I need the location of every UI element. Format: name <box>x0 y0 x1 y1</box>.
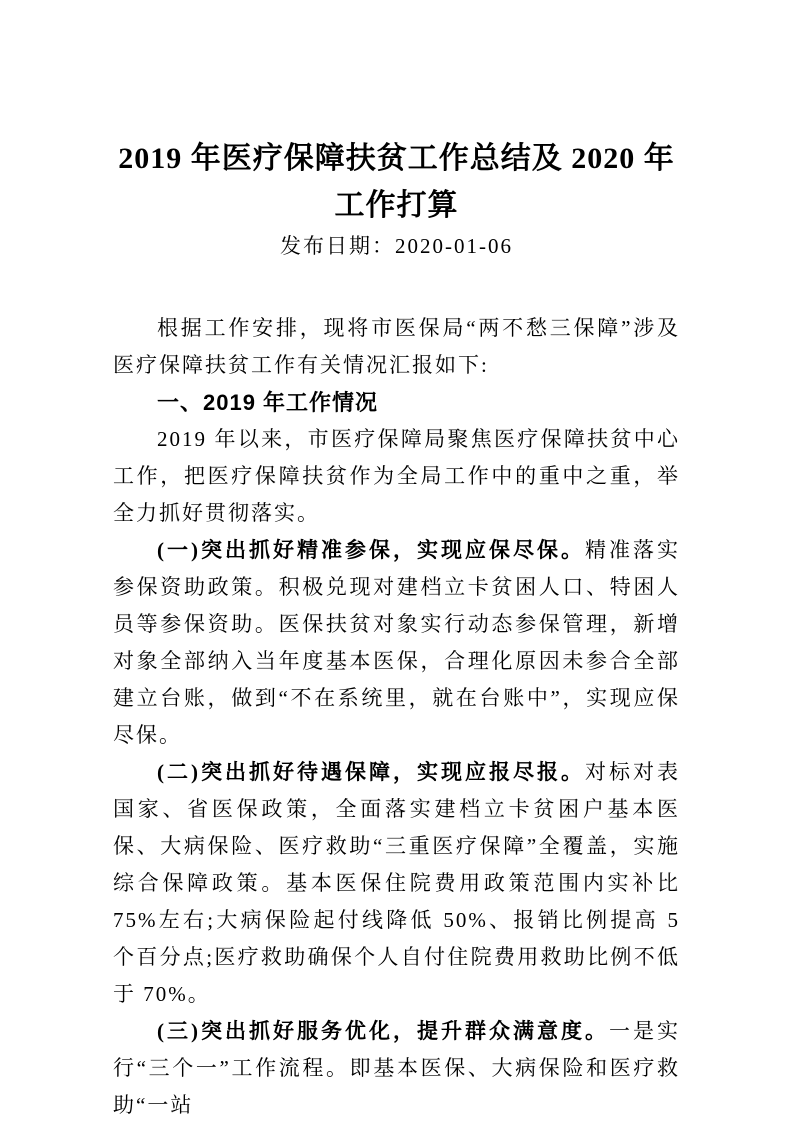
item-2-paragraph: (二)突出抓好待遇保障，实现应报尽报。对标对表国家、省医保政策，全面落实建档立卡… <box>113 754 680 1013</box>
document-page: 2019 年医疗保障扶贫工作总结及 2020 年工作打算 发布日期：2020-0… <box>0 0 793 1122</box>
item-1-lead: (一)突出抓好精准参保，实现应保尽保。 <box>157 538 585 562</box>
item-2-text: 对标对表国家、省医保政策，全面落实建档立卡贫困户基本医保、大病保险、医疗救助“三… <box>113 760 680 1006</box>
document-body: 根据工作安排，现将市医保局“两不愁三保障”涉及医疗保障扶贫工作有关情况汇报如下:… <box>113 310 680 1122</box>
item-1-paragraph: (一)突出抓好精准参保，实现应保尽保。精准落实参保资助政策。积极兑现对建档立卡贫… <box>113 532 680 754</box>
item-3-lead: (三)突出抓好服务优化，提升群众满意度。 <box>157 1019 609 1043</box>
document-title: 2019 年医疗保障扶贫工作总结及 2020 年工作打算 <box>113 135 680 229</box>
item-2-lead: (二)突出抓好待遇保障，实现应报尽报。 <box>157 760 585 784</box>
intro-paragraph: 根据工作安排，现将市医保局“两不愁三保障”涉及医疗保障扶贫工作有关情况汇报如下: <box>113 310 680 384</box>
section-1-heading: 一、2019 年工作情况 <box>113 384 680 421</box>
item-3-paragraph: (三)突出抓好服务优化，提升群众满意度。一是实行“三个一”工作流程。即基本医保、… <box>113 1013 680 1122</box>
item-1-text: 精准落实参保资助政策。积极兑现对建档立卡贫困人口、特困人员等参保资助。医保扶贫对… <box>113 538 680 747</box>
publish-date: 发布日期：2020-01-06 <box>113 229 680 264</box>
overview-paragraph: 2019 年以来，市医疗保障局聚焦医疗保障扶贫中心工作，把医疗保障扶贫作为全局工… <box>113 421 680 532</box>
